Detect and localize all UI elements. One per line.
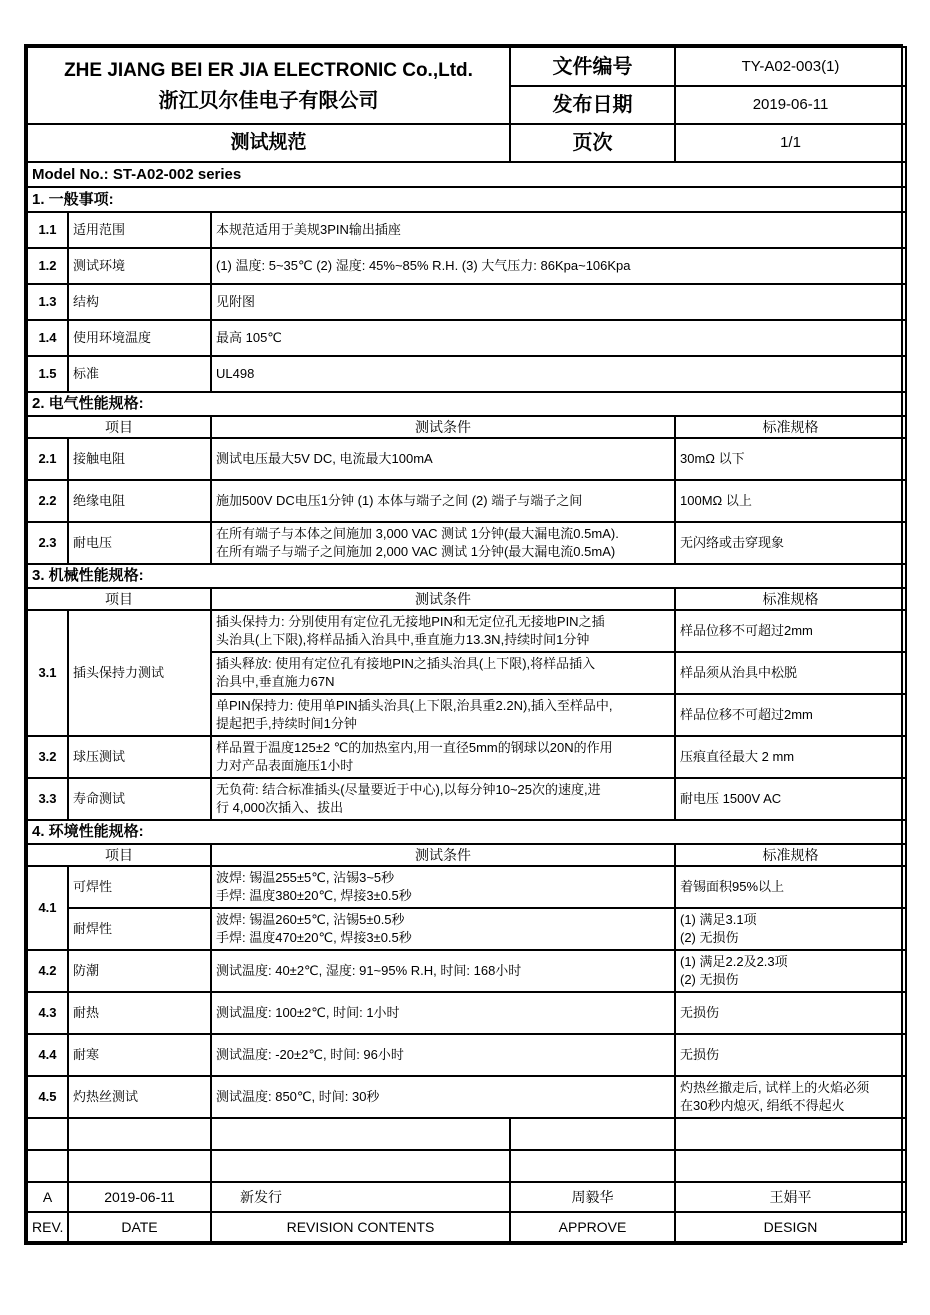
revision-header-design: DESIGN [675, 1212, 906, 1242]
item-number: 2.1 [27, 438, 68, 480]
test-condition: 波焊: 锡温260±5℃, 沾锡5±0.5秒 手焊: 温度470±20℃, 焊接… [211, 908, 675, 950]
item-name: 耐电压 [68, 522, 211, 564]
item-number: 2.3 [27, 522, 68, 564]
document-title: 测试规范 [27, 124, 510, 162]
item-name: 耐热 [68, 992, 211, 1034]
item-name: 结构 [68, 284, 211, 320]
spec-line: (2) 无损伤 [680, 971, 901, 989]
item-number: 4.2 [27, 950, 68, 992]
column-header-spec: 标准规格 [675, 844, 906, 866]
model-number: Model No.: ST-A02-002 series [27, 162, 906, 187]
page-value: 1/1 [675, 124, 906, 162]
column-header-row: 项目 测试条件 标准规格 [27, 844, 906, 866]
column-header-item: 项目 [27, 588, 211, 610]
column-header-condition: 测试条件 [211, 844, 675, 866]
standard-spec: 灼热丝撤走后, 试样上的火焰必须 在30秒内熄灭, 绢纸不得起火 [675, 1076, 906, 1118]
item-number: 1.5 [27, 356, 68, 392]
empty-cell [675, 1118, 906, 1150]
condition-line: 力对产品表面施压1小时 [216, 757, 670, 775]
table-row: 1.1 适用范围 本规范适用于美规3PIN输出插座 [27, 212, 906, 248]
condition-line: 样品置于温度125±2 ℃的加热室内,用一直径5mm的钢球以20N的作用 [216, 739, 670, 757]
condition-line: 提起把手,持续时间1分钟 [216, 715, 670, 733]
column-header-item: 项目 [27, 416, 211, 438]
item-name: 接触电阻 [68, 438, 211, 480]
item-name: 球压测试 [68, 736, 211, 778]
column-header-condition: 测试条件 [211, 416, 675, 438]
section-3-title: 3. 机械性能规格: [27, 564, 906, 588]
revision-contents: 新发行 [211, 1182, 510, 1212]
table-row: 2.2 绝缘电阻 施加500V DC电压1分钟 (1) 本体与端子之间 (2) … [27, 480, 906, 522]
release-date-label: 发布日期 [510, 86, 675, 124]
table-row: 1.5 标准 UL498 [27, 356, 906, 392]
test-condition: 测试温度: 850℃, 时间: 30秒 [211, 1076, 675, 1118]
standard-spec: 无闪络或击穿现象 [675, 522, 906, 564]
release-date-value: 2019-06-11 [675, 86, 906, 124]
table-row: 1.4 使用环境温度 最高 105℃ [27, 320, 906, 356]
column-header-spec: 标准规格 [675, 588, 906, 610]
item-name: 灼热丝测试 [68, 1076, 211, 1118]
spec-line: (1) 满足2.2及2.3项 [680, 953, 901, 971]
condition-line: 波焊: 锡温260±5℃, 沾锡5±0.5秒 [216, 911, 670, 929]
condition-line: 手焊: 温度470±20℃, 焊接3±0.5秒 [216, 929, 670, 947]
revision-date: 2019-06-11 [68, 1182, 211, 1212]
item-name: 寿命测试 [68, 778, 211, 820]
item-number: 4.4 [27, 1034, 68, 1076]
table-row: 3.2 球压测试 样品置于温度125±2 ℃的加热室内,用一直径5mm的钢球以2… [27, 736, 906, 778]
revision-header-row: REV. DATE REVISION CONTENTS APPROVE DESI… [27, 1212, 906, 1242]
empty-cell [211, 1150, 510, 1182]
spec-line: (1) 满足3.1项 [680, 911, 901, 929]
table-row: 1.3 结构 见附图 [27, 284, 906, 320]
revision-designer: 王娟平 [675, 1182, 906, 1212]
item-name: 标准 [68, 356, 211, 392]
item-content: 见附图 [211, 284, 906, 320]
item-number: 1.1 [27, 212, 68, 248]
table-row: 3.3 寿命测试 无负荷: 结合标准插头(尽量要近于中心),以每分钟10~25次… [27, 778, 906, 820]
item-number: 3.1 [27, 610, 68, 736]
test-condition: 无负荷: 结合标准插头(尽量要近于中心),以每分钟10~25次的速度,进 行 4… [211, 778, 675, 820]
item-content: 本规范适用于美规3PIN输出插座 [211, 212, 906, 248]
revision-header-date: DATE [68, 1212, 211, 1242]
item-number: 1.3 [27, 284, 68, 320]
table-row: 2.3 耐电压 在所有端子与本体之间施加 3,000 VAC 测试 1分钟(最大… [27, 522, 906, 564]
item-number: 3.2 [27, 736, 68, 778]
condition-line: 头治具(上下限),将样品插入治具中,垂直施力13.3N,持续时间1分钟 [216, 631, 670, 649]
standard-spec: 耐电压 1500V AC [675, 778, 906, 820]
test-condition: 波焊: 锡温255±5℃, 沾锡3~5秒 手焊: 温度380±20℃, 焊接3±… [211, 866, 675, 908]
table-row: 4.5 灼热丝测试 测试温度: 850℃, 时间: 30秒 灼热丝撤走后, 试样… [27, 1076, 906, 1118]
doc-number-label: 文件编号 [510, 47, 675, 86]
company-name-en: ZHE JIANG BEI ER JIA ELECTRONIC Co.,Ltd. [32, 56, 505, 86]
item-name: 插头保持力测试 [68, 610, 211, 736]
item-number: 4.5 [27, 1076, 68, 1118]
company-name-cell: ZHE JIANG BEI ER JIA ELECTRONIC Co.,Ltd.… [27, 47, 510, 124]
item-number: 3.3 [27, 778, 68, 820]
empty-cell [211, 1118, 510, 1150]
test-specification-document: ZHE JIANG BEI ER JIA ELECTRONIC Co.,Ltd.… [24, 44, 903, 1245]
column-header-row: 项目 测试条件 标准规格 [27, 588, 906, 610]
company-name-cn: 浙江贝尔佳电子有限公司 [32, 86, 505, 116]
revision-row-empty [27, 1118, 906, 1150]
condition-line: 单PIN保持力: 使用单PIN插头治具(上下限,治具重2.2N),插入至样品中, [216, 697, 670, 715]
revision-header-approve: APPROVE [510, 1212, 675, 1242]
item-name: 可焊性 [68, 866, 211, 908]
item-number: 1.4 [27, 320, 68, 356]
item-number: 4.3 [27, 992, 68, 1034]
empty-cell [68, 1118, 211, 1150]
test-condition: 测试温度: 40±2℃, 湿度: 91~95% R.H, 时间: 168小时 [211, 950, 675, 992]
table-row: 3.1 插头保持力测试 插头保持力: 分别使用有定位孔无接地PIN和无定位孔无接… [27, 610, 906, 652]
column-header-item: 项目 [27, 844, 211, 866]
empty-cell [675, 1150, 906, 1182]
column-header-row: 项目 测试条件 标准规格 [27, 416, 906, 438]
table-row: 1.2 测试环境 (1) 温度: 5~35℃ (2) 湿度: 45%~85% R… [27, 248, 906, 284]
page-label: 页次 [510, 124, 675, 162]
table-row: 4.4 耐寒 测试温度: -20±2℃, 时间: 96小时 无损伤 [27, 1034, 906, 1076]
test-condition: 在所有端子与本体之间施加 3,000 VAC 测试 1分钟(最大漏电流0.5mA… [211, 522, 675, 564]
condition-line: 手焊: 温度380±20℃, 焊接3±0.5秒 [216, 887, 670, 905]
revision-row: A 2019-06-11 新发行 周毅华 王娟平 [27, 1182, 906, 1212]
item-name: 适用范围 [68, 212, 211, 248]
condition-line: 插头释放: 使用有定位孔有接地PIN之插头治具(上下限),将样品插入 [216, 655, 670, 673]
condition-line: 波焊: 锡温255±5℃, 沾锡3~5秒 [216, 869, 670, 887]
table-row: 4.3 耐热 测试温度: 100±2℃, 时间: 1小时 无损伤 [27, 992, 906, 1034]
condition-line: 无负荷: 结合标准插头(尽量要近于中心),以每分钟10~25次的速度,进 [216, 781, 670, 799]
test-condition: 插头释放: 使用有定位孔有接地PIN之插头治具(上下限),将样品插入 治具中,垂… [211, 652, 675, 694]
empty-cell [27, 1118, 68, 1150]
standard-spec: 样品位移不可超过2mm [675, 694, 906, 736]
spec-line: 灼热丝撤走后, 试样上的火焰必须 [680, 1079, 901, 1097]
spec-table: ZHE JIANG BEI ER JIA ELECTRONIC Co.,Ltd.… [26, 46, 907, 1243]
section-4-title: 4. 环境性能规格: [27, 820, 906, 844]
table-row: 2.1 接触电阻 测试电压最大5V DC, 电流最大100mA 30mΩ 以下 [27, 438, 906, 480]
section-1-title: 1. 一般事项: [27, 187, 906, 212]
standard-spec: 无损伤 [675, 1034, 906, 1076]
item-content: (1) 温度: 5~35℃ (2) 湿度: 45%~85% R.H. (3) 大… [211, 248, 906, 284]
item-name: 绝缘电阻 [68, 480, 211, 522]
item-name: 测试环境 [68, 248, 211, 284]
standard-spec: 无损伤 [675, 992, 906, 1034]
section-2-title: 2. 电气性能规格: [27, 392, 906, 416]
empty-cell [27, 1150, 68, 1182]
item-content: UL498 [211, 356, 906, 392]
test-condition: 插头保持力: 分别使用有定位孔无接地PIN和无定位孔无接地PIN之插 头治具(上… [211, 610, 675, 652]
condition-line: 治具中,垂直施力67N [216, 673, 670, 691]
standard-spec: (1) 满足3.1项 (2) 无损伤 [675, 908, 906, 950]
standard-spec: 样品须从治具中松脱 [675, 652, 906, 694]
item-name: 防潮 [68, 950, 211, 992]
test-condition: 施加500V DC电压1分钟 (1) 本体与端子之间 (2) 端子与端子之间 [211, 480, 675, 522]
revision-header-rev: REV. [27, 1212, 68, 1242]
empty-cell [510, 1118, 675, 1150]
spec-line: 在30秒内熄灭, 绢纸不得起火 [680, 1097, 901, 1115]
table-row: 4.2 防潮 测试温度: 40±2℃, 湿度: 91~95% R.H, 时间: … [27, 950, 906, 992]
column-header-condition: 测试条件 [211, 588, 675, 610]
revision-approver: 周毅华 [510, 1182, 675, 1212]
standard-spec: (1) 满足2.2及2.3项 (2) 无损伤 [675, 950, 906, 992]
item-number: 2.2 [27, 480, 68, 522]
item-number: 1.2 [27, 248, 68, 284]
revision-code: A [27, 1182, 68, 1212]
revision-row-empty [27, 1150, 906, 1182]
test-condition: 测试温度: -20±2℃, 时间: 96小时 [211, 1034, 675, 1076]
test-condition: 单PIN保持力: 使用单PIN插头治具(上下限,治具重2.2N),插入至样品中,… [211, 694, 675, 736]
condition-line: 插头保持力: 分别使用有定位孔无接地PIN和无定位孔无接地PIN之插 [216, 613, 670, 631]
revision-header-contents: REVISION CONTENTS [211, 1212, 510, 1242]
standard-spec: 100MΩ 以上 [675, 480, 906, 522]
item-name: 耐焊性 [68, 908, 211, 950]
condition-line: 行 4,000次插入、拔出 [216, 799, 670, 817]
test-condition: 测试温度: 100±2℃, 时间: 1小时 [211, 992, 675, 1034]
standard-spec: 样品位移不可超过2mm [675, 610, 906, 652]
standard-spec: 着锡面积95%以上 [675, 866, 906, 908]
test-condition: 测试电压最大5V DC, 电流最大100mA [211, 438, 675, 480]
item-content: 最高 105℃ [211, 320, 906, 356]
test-condition: 样品置于温度125±2 ℃的加热室内,用一直径5mm的钢球以20N的作用 力对产… [211, 736, 675, 778]
item-number: 4.1 [27, 866, 68, 950]
column-header-spec: 标准规格 [675, 416, 906, 438]
item-name: 使用环境温度 [68, 320, 211, 356]
item-name: 耐寒 [68, 1034, 211, 1076]
standard-spec: 30mΩ 以下 [675, 438, 906, 480]
table-row: 4.1 可焊性 波焊: 锡温255±5℃, 沾锡3~5秒 手焊: 温度380±2… [27, 866, 906, 908]
spec-line: (2) 无损伤 [680, 929, 901, 947]
table-row: 耐焊性 波焊: 锡温260±5℃, 沾锡5±0.5秒 手焊: 温度470±20℃… [27, 908, 906, 950]
condition-line: 在所有端子与本体之间施加 3,000 VAC 测试 1分钟(最大漏电流0.5mA… [216, 525, 670, 543]
condition-line: 在所有端子与端子之间施加 2,000 VAC 测试 1分钟(最大漏电流0.5mA… [216, 543, 670, 561]
doc-number-value: TY-A02-003(1) [675, 47, 906, 86]
empty-cell [510, 1150, 675, 1182]
empty-cell [68, 1150, 211, 1182]
standard-spec: 压痕直径最大 2 mm [675, 736, 906, 778]
